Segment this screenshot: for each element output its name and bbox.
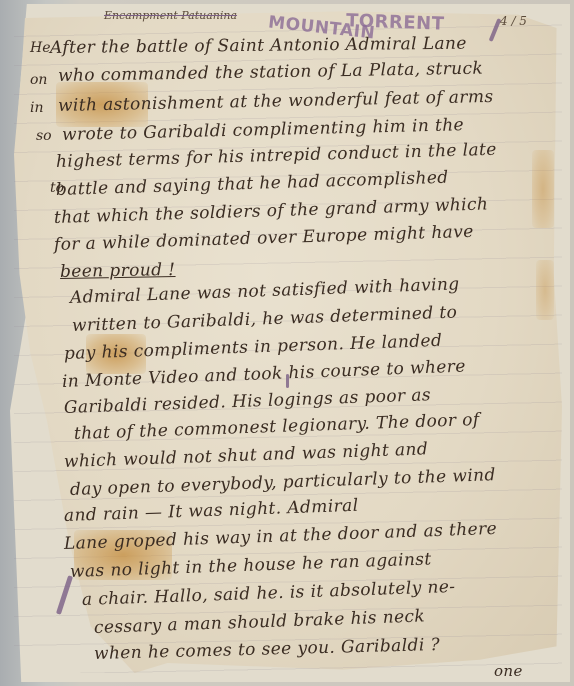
text-line-23: when he comes to see you. Garibaldi ? xyxy=(94,635,440,664)
text-line-19: Lane groped his way in at the door and a… xyxy=(64,519,498,554)
text-line-16: which would not shut and was night and xyxy=(64,439,429,472)
text-line-22: cessary a man should brake his neck xyxy=(94,606,426,638)
text-line-8: for a while dominated over Europe might … xyxy=(54,222,474,255)
text-line-20: was no light in the house he ran against xyxy=(70,549,432,582)
text-line-5: highest terms for his intrepid conduct i… xyxy=(56,140,497,172)
text-line-17: day open to everybody, particularly to t… xyxy=(70,465,496,500)
text-line-11: written to Garibaldi, he was determined … xyxy=(72,303,458,336)
margin-fragment: on xyxy=(30,72,47,88)
text-line-18: and rain — It was night. Admiral xyxy=(64,496,359,526)
text-line-1: After the battle of Saint Antonio Admira… xyxy=(50,34,467,58)
catchword: one xyxy=(494,662,523,680)
text-line-21: a chair. Hallo, said he. is it absolutel… xyxy=(82,577,456,610)
margin-fragment: so xyxy=(36,128,52,144)
text-line-4: wrote to Garibaldi complimenting him in … xyxy=(62,115,465,145)
margin-fragment: He xyxy=(30,40,51,56)
text-line-3: with astonishment at the wonderful feat … xyxy=(58,87,494,116)
margin-fragment: in xyxy=(30,100,44,116)
text-line-6: battle and saying that he had accomplish… xyxy=(56,168,449,200)
text-line-2: who commanded the station of La Plata, s… xyxy=(58,59,484,86)
text-line-9: been proud ! xyxy=(60,260,176,282)
manuscript-text: He on in so to After the battle of Saint… xyxy=(0,0,574,686)
